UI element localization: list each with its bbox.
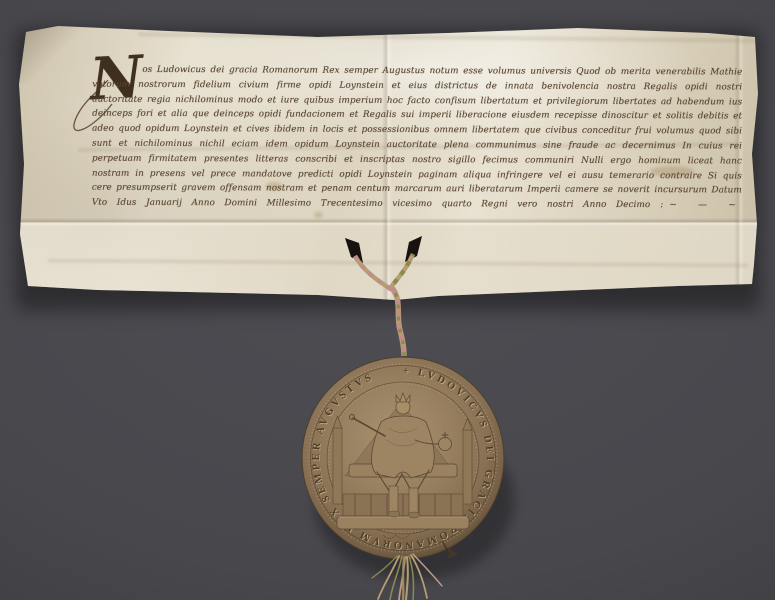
seal-king-enthroned <box>333 393 472 539</box>
seal-legend-highlight: + LVDOVICVS DEI GRACIA ROMANORVM REX SEM… <box>312 367 496 551</box>
tassel-thread <box>372 556 397 578</box>
seal-king-arm <box>415 440 439 444</box>
stain <box>314 212 323 218</box>
seal-orb <box>439 438 452 451</box>
tassel-thread <box>378 556 399 599</box>
seal-legend-ring <box>327 382 479 534</box>
seal-king-leg <box>389 486 398 512</box>
seal-right-tower <box>463 430 472 504</box>
seal-legend-ring <box>311 366 496 551</box>
seal-scepter <box>353 418 385 436</box>
charter-photograph: N os Ludowicus dei gracia Romanorum Rex … <box>0 0 775 600</box>
seal-crack <box>443 542 450 556</box>
seal-king-foot <box>408 512 420 518</box>
seal-king-head <box>396 400 410 414</box>
dating-clause-text: Vto Idus Januarij Anno Domini Millesimo … <box>92 198 651 210</box>
seal-throne-arcade <box>343 494 463 516</box>
seal-left-pinnacle <box>333 416 342 428</box>
corner-fold <box>18 24 88 84</box>
seal-left-tower <box>333 428 342 504</box>
seal-king-robe <box>371 416 434 478</box>
seal-plinth <box>337 516 469 529</box>
seal-scepter-finial <box>350 415 355 420</box>
seal-shadow <box>314 420 514 580</box>
seal-rim-chip <box>445 546 458 559</box>
manuscript-line-dating-clause: Vto Idus Januarij Anno Domini Millesimo … <box>92 196 742 214</box>
tassel-thread <box>390 556 402 600</box>
tassel-thread <box>406 557 408 600</box>
seal-right-pinnacle <box>463 418 472 430</box>
seal-orb-cross <box>442 432 448 438</box>
cord-tassel <box>372 554 442 600</box>
seal-outer-bead-ring <box>309 364 497 552</box>
seal-scallop <box>383 535 409 539</box>
seal-throne-gable <box>345 402 457 476</box>
seal-legend-text: + LVDOVICVS DEI GRACIA ROMANORVM REX SEM… <box>311 366 495 550</box>
seal-lap-drapery <box>377 470 429 496</box>
seal-arcade-columns <box>355 495 451 515</box>
seal-disc <box>302 357 504 559</box>
tassel-thread <box>399 557 405 600</box>
tassel-thread <box>403 558 404 600</box>
seal-king-leg <box>409 488 418 514</box>
tassel-thread <box>411 555 427 598</box>
seal-crown <box>396 393 410 402</box>
parchment: N os Ludowicus dei gracia Romanorum Rex … <box>18 24 758 302</box>
seal-throne-seat <box>349 464 457 477</box>
seal-king-foot <box>388 511 400 517</box>
seal-robe-folds <box>387 428 419 446</box>
tassel-thread <box>409 556 414 600</box>
seal-inner-bead-ring <box>329 384 478 533</box>
wax-seal: + LVDOVICVS DEI GRACIA ROMANORVM REX SEM… <box>302 357 504 559</box>
manuscript-text: os Ludowicus dei gracia Romanorum Rex se… <box>92 63 743 214</box>
tassel-thread <box>413 554 442 586</box>
